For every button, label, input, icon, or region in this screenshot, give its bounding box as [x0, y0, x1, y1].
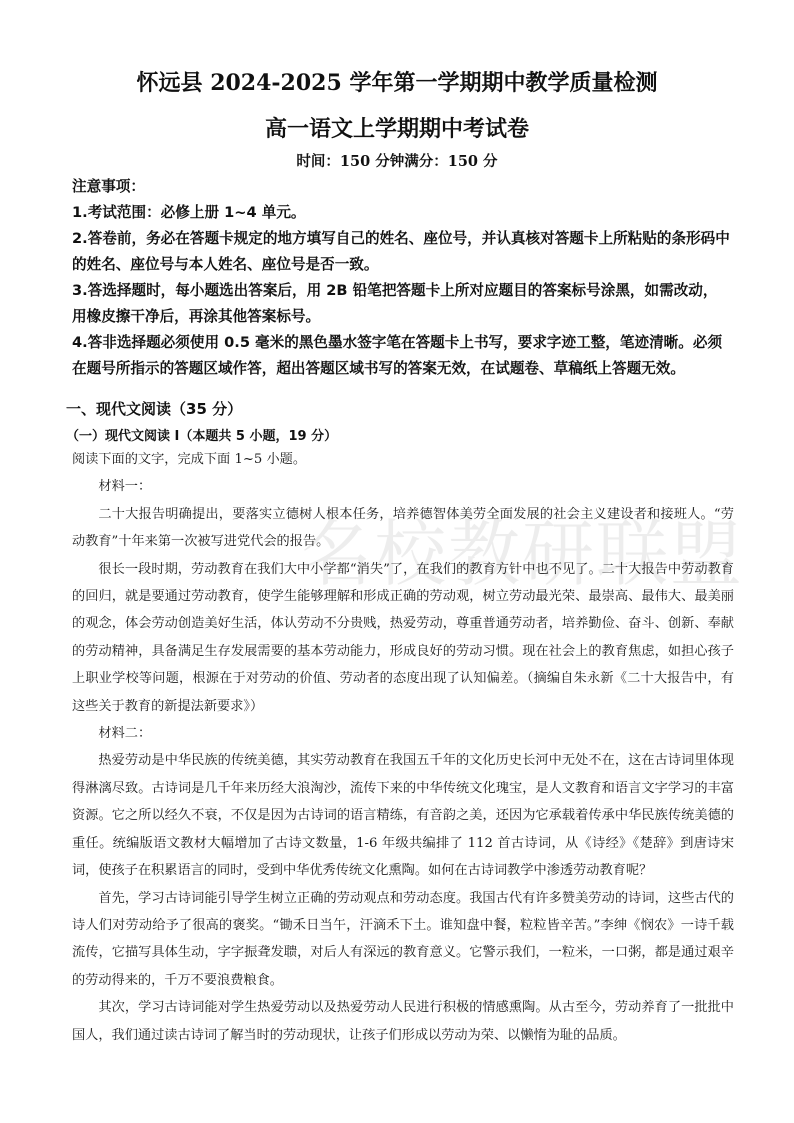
material2-label: 材料二： [72, 720, 734, 747]
material2-paragraph: 其次，学习古诗词能对学生热爱劳动以及热爱劳动人民进行积极的情感熏陶。从古至今，劳… [72, 994, 734, 1049]
notes-section: 注意事项： 1.考试范围：必修上册 1~4 单元。 2.答卷前，务必在答题卡规定… [72, 174, 732, 382]
exam-title: 怀远县 2024-2025 学年第一学期期中教学质量检测 [0, 66, 794, 97]
subsection-heading: （一）现代文阅读 I（本题共 5 小题，19 分） [66, 425, 337, 444]
instruction: 阅读下面的文字，完成下面 1~5 小题。 [72, 446, 734, 473]
material2-paragraph: 首先，学习古诗词能引导学生树立正确的劳动观点和劳动态度。我国古代有许多赞美劳动的… [72, 885, 734, 995]
reading-passage: 阅读下面的文字，完成下面 1~5 小题。 材料一： 二十大报告明确提出，要落实立… [72, 446, 734, 1049]
material1-label: 材料一： [72, 473, 734, 500]
section-heading: 一、现代文阅读（35 分） [66, 398, 242, 419]
material2-paragraph: 热爱劳动是中华民族的传统美德，其实劳动教育在我国五千年的文化历史长河中无处不在，… [72, 747, 734, 884]
material1-paragraph: 很长一段时期，劳动教育在我们大中小学都“消失”了，在我们的教育方针中也不见了。二… [72, 556, 734, 720]
time-score-info: 时间：150 分钟满分：150 分 [0, 150, 794, 171]
note-item-2: 2.答卷前，务必在答题卡规定的地方填写自己的姓名、座位号，并认真核对答题卡上所粘… [72, 226, 732, 278]
exam-page: 名校教研联盟 怀远县 2024-2025 学年第一学期期中教学质量检测 高一语文… [0, 0, 794, 1123]
exam-subtitle: 高一语文上学期期中考试卷 [0, 112, 794, 143]
material1-paragraph: 二十大报告明确提出，要落实立德树人根本任务，培养德智体美劳全面发展的社会主义建设… [72, 501, 734, 556]
note-item-1: 1.考试范围：必修上册 1~4 单元。 [72, 200, 732, 226]
notes-heading: 注意事项： [72, 174, 732, 200]
note-item-4: 4.答非选择题必须使用 0.5 毫米的黑色墨水签字笔在答题卡上书写，要求字迹工整… [72, 330, 732, 382]
note-item-3: 3.答选择题时，每小题选出答案后，用 2B 铅笔把答题卡上所对应题目的答案标号涂… [72, 278, 732, 330]
